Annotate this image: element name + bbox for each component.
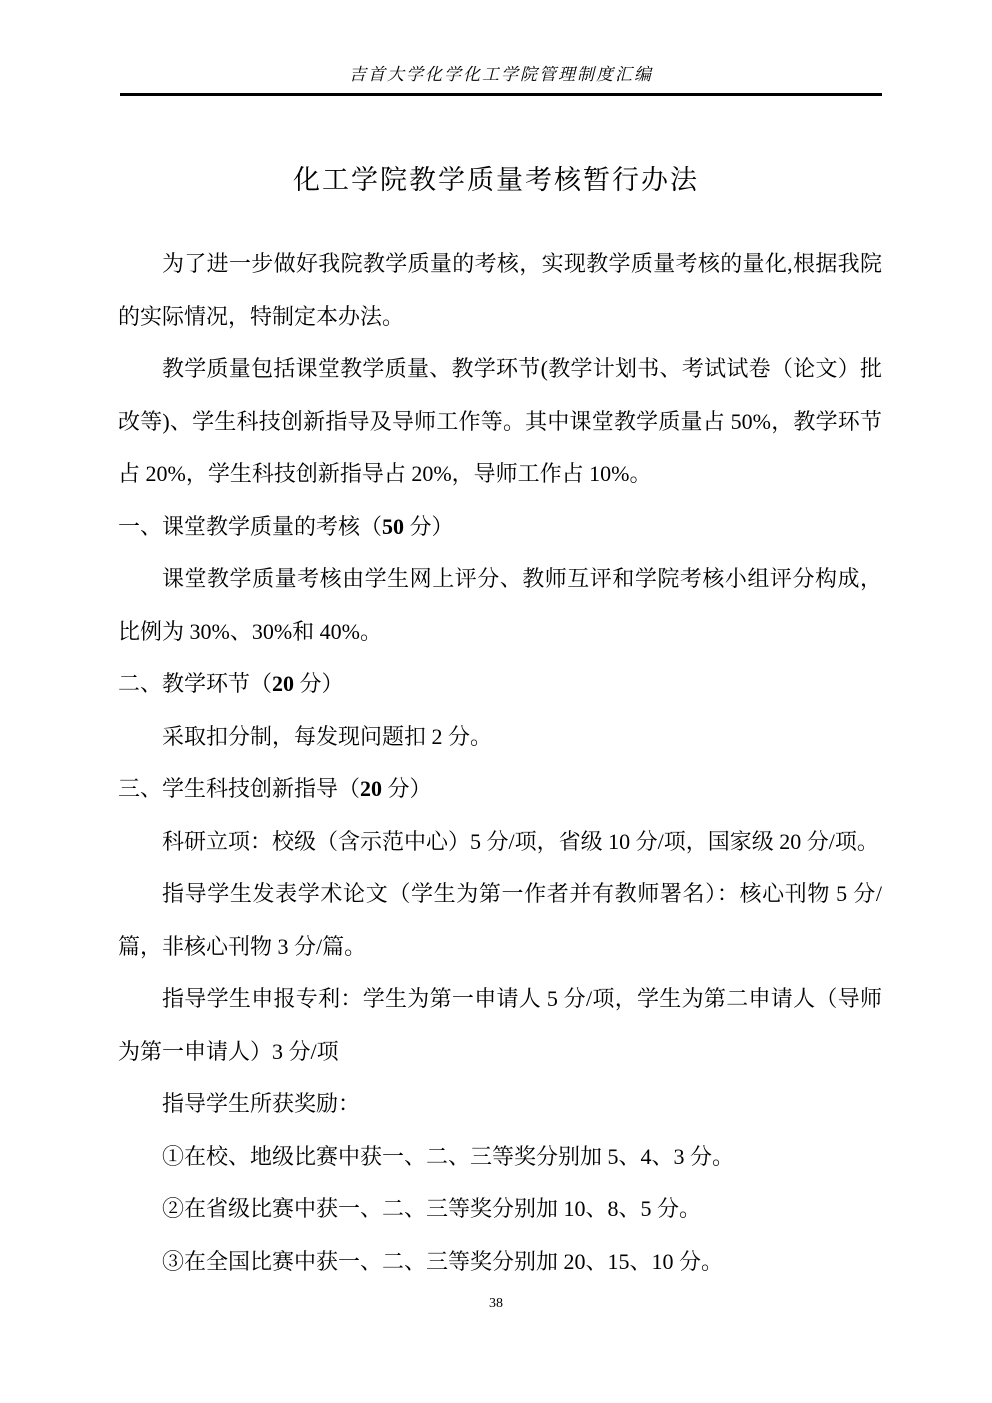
text-run: 指导学生申报专利：学生为第一申请人 5 分/项，学生为第二申请人（导师为第一申请… <box>118 986 882 1064</box>
section-heading: 一、课堂教学质量的考核（50 分） <box>118 501 882 554</box>
paragraph: 科研立项：校级（含示范中心）5 分/项，省级 10 分/项，国家级 20 分/项… <box>118 816 882 869</box>
score-value: 20 <box>360 776 382 801</box>
text-run: 分） <box>382 776 432 801</box>
text-run: 课堂教学质量考核由学生网上评分、教师互评和学院考核小组评分构成，比例为 30%、… <box>118 566 882 644</box>
score-value: 50 <box>382 514 404 539</box>
text-run: ①在校、地级比赛中获一、二、三等奖分别加 5、4、3 分。 <box>162 1144 734 1169</box>
text-run: 指导学生发表学术论文（学生为第一作者并有教师署名）：核心刊物 5 分/篇，非核心… <box>118 881 882 959</box>
paragraph: 为了进一步做好我院教学质量的考核，实现教学质量考核的量化,根据我院的实际情况，特… <box>118 238 882 343</box>
running-header: 吉首大学化学化工学院管理制度汇编 <box>120 64 882 86</box>
paragraph: ③在全国比赛中获一、二、三等奖分别加 20、15、10 分。 <box>118 1236 882 1289</box>
text-run: 教学质量包括课堂教学质量、教学环节(教学计划书、考试试卷（论文）批改等)、学生科… <box>118 356 882 486</box>
text-run: 一、课堂教学质量的考核（ <box>118 514 382 539</box>
paragraph: 采取扣分制，每发现问题扣 2 分。 <box>118 711 882 764</box>
text-run: ③在全国比赛中获一、二、三等奖分别加 20、15、10 分。 <box>162 1249 723 1274</box>
text-run: 为了进一步做好我院教学质量的考核，实现教学质量考核的量化,根据我院的实际情况，特… <box>118 251 882 329</box>
paragraph: ②在省级比赛中获一、二、三等奖分别加 10、8、5 分。 <box>118 1183 882 1236</box>
text-run: 采取扣分制，每发现问题扣 2 分。 <box>162 724 492 749</box>
text-run: 三、学生科技创新指导（ <box>118 776 360 801</box>
page-title: 化工学院教学质量考核暂行办法 <box>0 158 992 197</box>
document-body: 为了进一步做好我院教学质量的考核，实现教学质量考核的量化,根据我院的实际情况，特… <box>118 238 882 1288</box>
header-rule <box>120 93 882 96</box>
document-page: 吉首大学化学化工学院管理制度汇编 化工学院教学质量考核暂行办法 为了进一步做好我… <box>0 0 992 1403</box>
paragraph: 指导学生申报专利：学生为第一申请人 5 分/项，学生为第二申请人（导师为第一申请… <box>118 973 882 1078</box>
text-run: 指导学生所获奖励： <box>162 1091 360 1116</box>
text-run: 二、教学环节（ <box>118 671 272 696</box>
text-run: 科研立项：校级（含示范中心）5 分/项，省级 10 分/项，国家级 20 分/项… <box>162 829 879 854</box>
paragraph: 课堂教学质量考核由学生网上评分、教师互评和学院考核小组评分构成，比例为 30%、… <box>118 553 882 658</box>
text-run: ②在省级比赛中获一、二、三等奖分别加 10、8、5 分。 <box>162 1196 701 1221</box>
text-run: 分） <box>404 514 454 539</box>
paragraph: 教学质量包括课堂教学质量、教学环节(教学计划书、考试试卷（论文）批改等)、学生科… <box>118 343 882 501</box>
section-heading: 二、教学环节（20 分） <box>118 658 882 711</box>
score-value: 20 <box>272 671 294 696</box>
page-number: 38 <box>0 1294 992 1314</box>
paragraph: 指导学生所获奖励： <box>118 1078 882 1131</box>
paragraph: ①在校、地级比赛中获一、二、三等奖分别加 5、4、3 分。 <box>118 1131 882 1184</box>
section-heading: 三、学生科技创新指导（20 分） <box>118 763 882 816</box>
text-run: 分） <box>294 671 344 696</box>
paragraph: 指导学生发表学术论文（学生为第一作者并有教师署名）：核心刊物 5 分/篇，非核心… <box>118 868 882 973</box>
